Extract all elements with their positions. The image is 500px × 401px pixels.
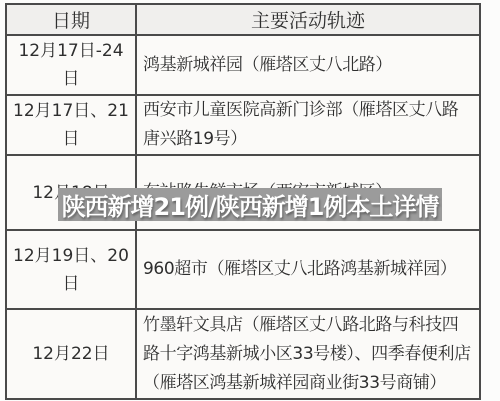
track-cell: 960超市（雁塔区丈八北路鸿基新城祥园）	[136, 230, 480, 309]
page: 日期 主要活动轨迹 12月17日-24日 鸿基新城祥园（雁塔区丈八北路） 12月…	[0, 0, 500, 401]
track-column-header: 主要活动轨迹	[136, 4, 480, 35]
table-row: 12月22日 竹墨轩文具店（雁塔区丈八路北路与科技四路十字鸿基新城小区33号楼）…	[6, 309, 480, 399]
date-cell: 12月19日、20日	[6, 230, 136, 309]
news-headline-banner: 陕西新增21例/陕西新增1例本土详情	[58, 188, 442, 221]
table-row: 12月19日、20日 960超市（雁塔区丈八北路鸿基新城祥园）	[6, 230, 480, 309]
table-row: 12月17日-24日 鸿基新城祥园（雁塔区丈八北路）	[6, 35, 480, 95]
track-cell: 西安市儿童医院高新门诊部（雁塔区丈八路唐兴路19号）	[136, 95, 480, 155]
date-cell: 12月17日-24日	[6, 35, 136, 95]
table-row: 12月17日、21日 西安市儿童医院高新门诊部（雁塔区丈八路唐兴路19号）	[6, 95, 480, 155]
date-cell: 12月22日	[6, 309, 136, 399]
news-headline-text: 陕西新增21例/陕西新增1例本土详情	[62, 187, 439, 222]
track-cell: 鸿基新城祥园（雁塔区丈八北路）	[136, 35, 480, 95]
date-column-header: 日期	[6, 4, 136, 35]
date-cell: 12月17日、21日	[6, 95, 136, 155]
table-header-row: 日期 主要活动轨迹	[6, 4, 480, 35]
track-cell: 竹墨轩文具店（雁塔区丈八路北路与科技四路十字鸿基新城小区33号楼）、四季春便利店…	[136, 309, 480, 399]
